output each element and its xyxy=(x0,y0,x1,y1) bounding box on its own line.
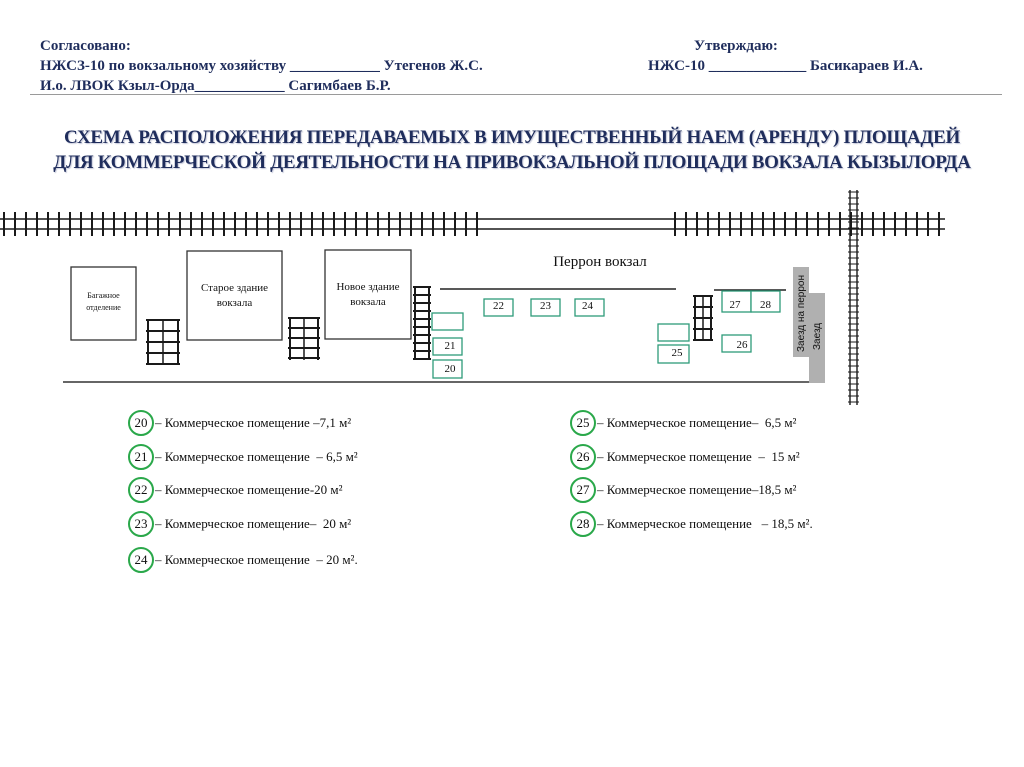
legend-text: – Коммерческое помещение – 20 м². xyxy=(155,552,358,568)
legend-number-circle: 22 xyxy=(128,477,154,503)
plot-27-number: 27 xyxy=(722,299,748,311)
legend-text: – Коммерческое помещение– 6,5 м² xyxy=(597,415,796,431)
legend-item: 27– Коммерческое помещение–18,5 м² xyxy=(570,475,796,505)
plot-28-number: 28 xyxy=(751,299,780,311)
legend-text: – Коммерческое помещение– 20 м² xyxy=(155,516,351,532)
legend-number-circle: 25 xyxy=(570,410,596,436)
new-station-label: Новое здание вокзала xyxy=(325,280,411,310)
legend-number-circle: 27 xyxy=(570,477,596,503)
crossing-railway-track xyxy=(848,190,859,405)
legend-number-circle: 26 xyxy=(570,444,596,470)
plot-23-number: 23 xyxy=(531,300,560,312)
legend-number-circle: 21 xyxy=(128,444,154,470)
plot-21-number: 21 xyxy=(438,340,462,352)
legend-number-circle: 24 xyxy=(128,547,154,573)
legend-text: – Коммерческое помещение – 18,5 м². xyxy=(597,516,813,532)
legend-item: 24– Коммерческое помещение – 20 м². xyxy=(128,545,358,575)
legend-item: 26– Коммерческое помещение – 15 м² xyxy=(570,442,800,472)
plot-20-number: 20 xyxy=(438,363,462,375)
legend-text: – Коммерческое помещение –7,1 м² xyxy=(155,415,351,431)
plot-22-number: 22 xyxy=(484,300,513,312)
legend-number-circle: 23 xyxy=(128,511,154,537)
main-railway-track xyxy=(0,212,945,236)
plot-24-number: 24 xyxy=(575,300,600,312)
plot-unlabeled-2 xyxy=(658,324,689,341)
legend-number-circle: 20 xyxy=(128,410,154,436)
legend-item: 20– Коммерческое помещение –7,1 м² xyxy=(128,408,351,438)
baggage-label: Багажное отделение xyxy=(71,290,136,314)
entry-platform-label: Заезд на перрон xyxy=(796,275,807,352)
entry-label: Заезд xyxy=(812,323,823,350)
plot-unlabeled-1 xyxy=(432,313,463,330)
legend-item: 28– Коммерческое помещение – 18,5 м². xyxy=(570,509,813,539)
legend-item: 25– Коммерческое помещение– 6,5 м² xyxy=(570,408,796,438)
legend-text: – Коммерческое помещение-20 м² xyxy=(155,482,343,498)
legend-text: – Коммерческое помещение–18,5 м² xyxy=(597,482,796,498)
legend-item: 22– Коммерческое помещение-20 м² xyxy=(128,475,343,505)
legend-text: – Коммерческое помещение – 15 м² xyxy=(597,449,800,465)
legend-text: – Коммерческое помещение – 6,5 м² xyxy=(155,449,358,465)
platform-label: Перрон вокзал xyxy=(530,254,670,271)
legend-item: 21– Коммерческое помещение – 6,5 м² xyxy=(128,442,358,472)
old-station-label: Старое здание вокзала xyxy=(187,281,282,311)
station-map xyxy=(0,0,1024,767)
plot-25-number: 25 xyxy=(664,347,690,359)
plot-26-number: 26 xyxy=(729,339,755,351)
legend-number-circle: 28 xyxy=(570,511,596,537)
legend-item: 23– Коммерческое помещение– 20 м² xyxy=(128,509,351,539)
